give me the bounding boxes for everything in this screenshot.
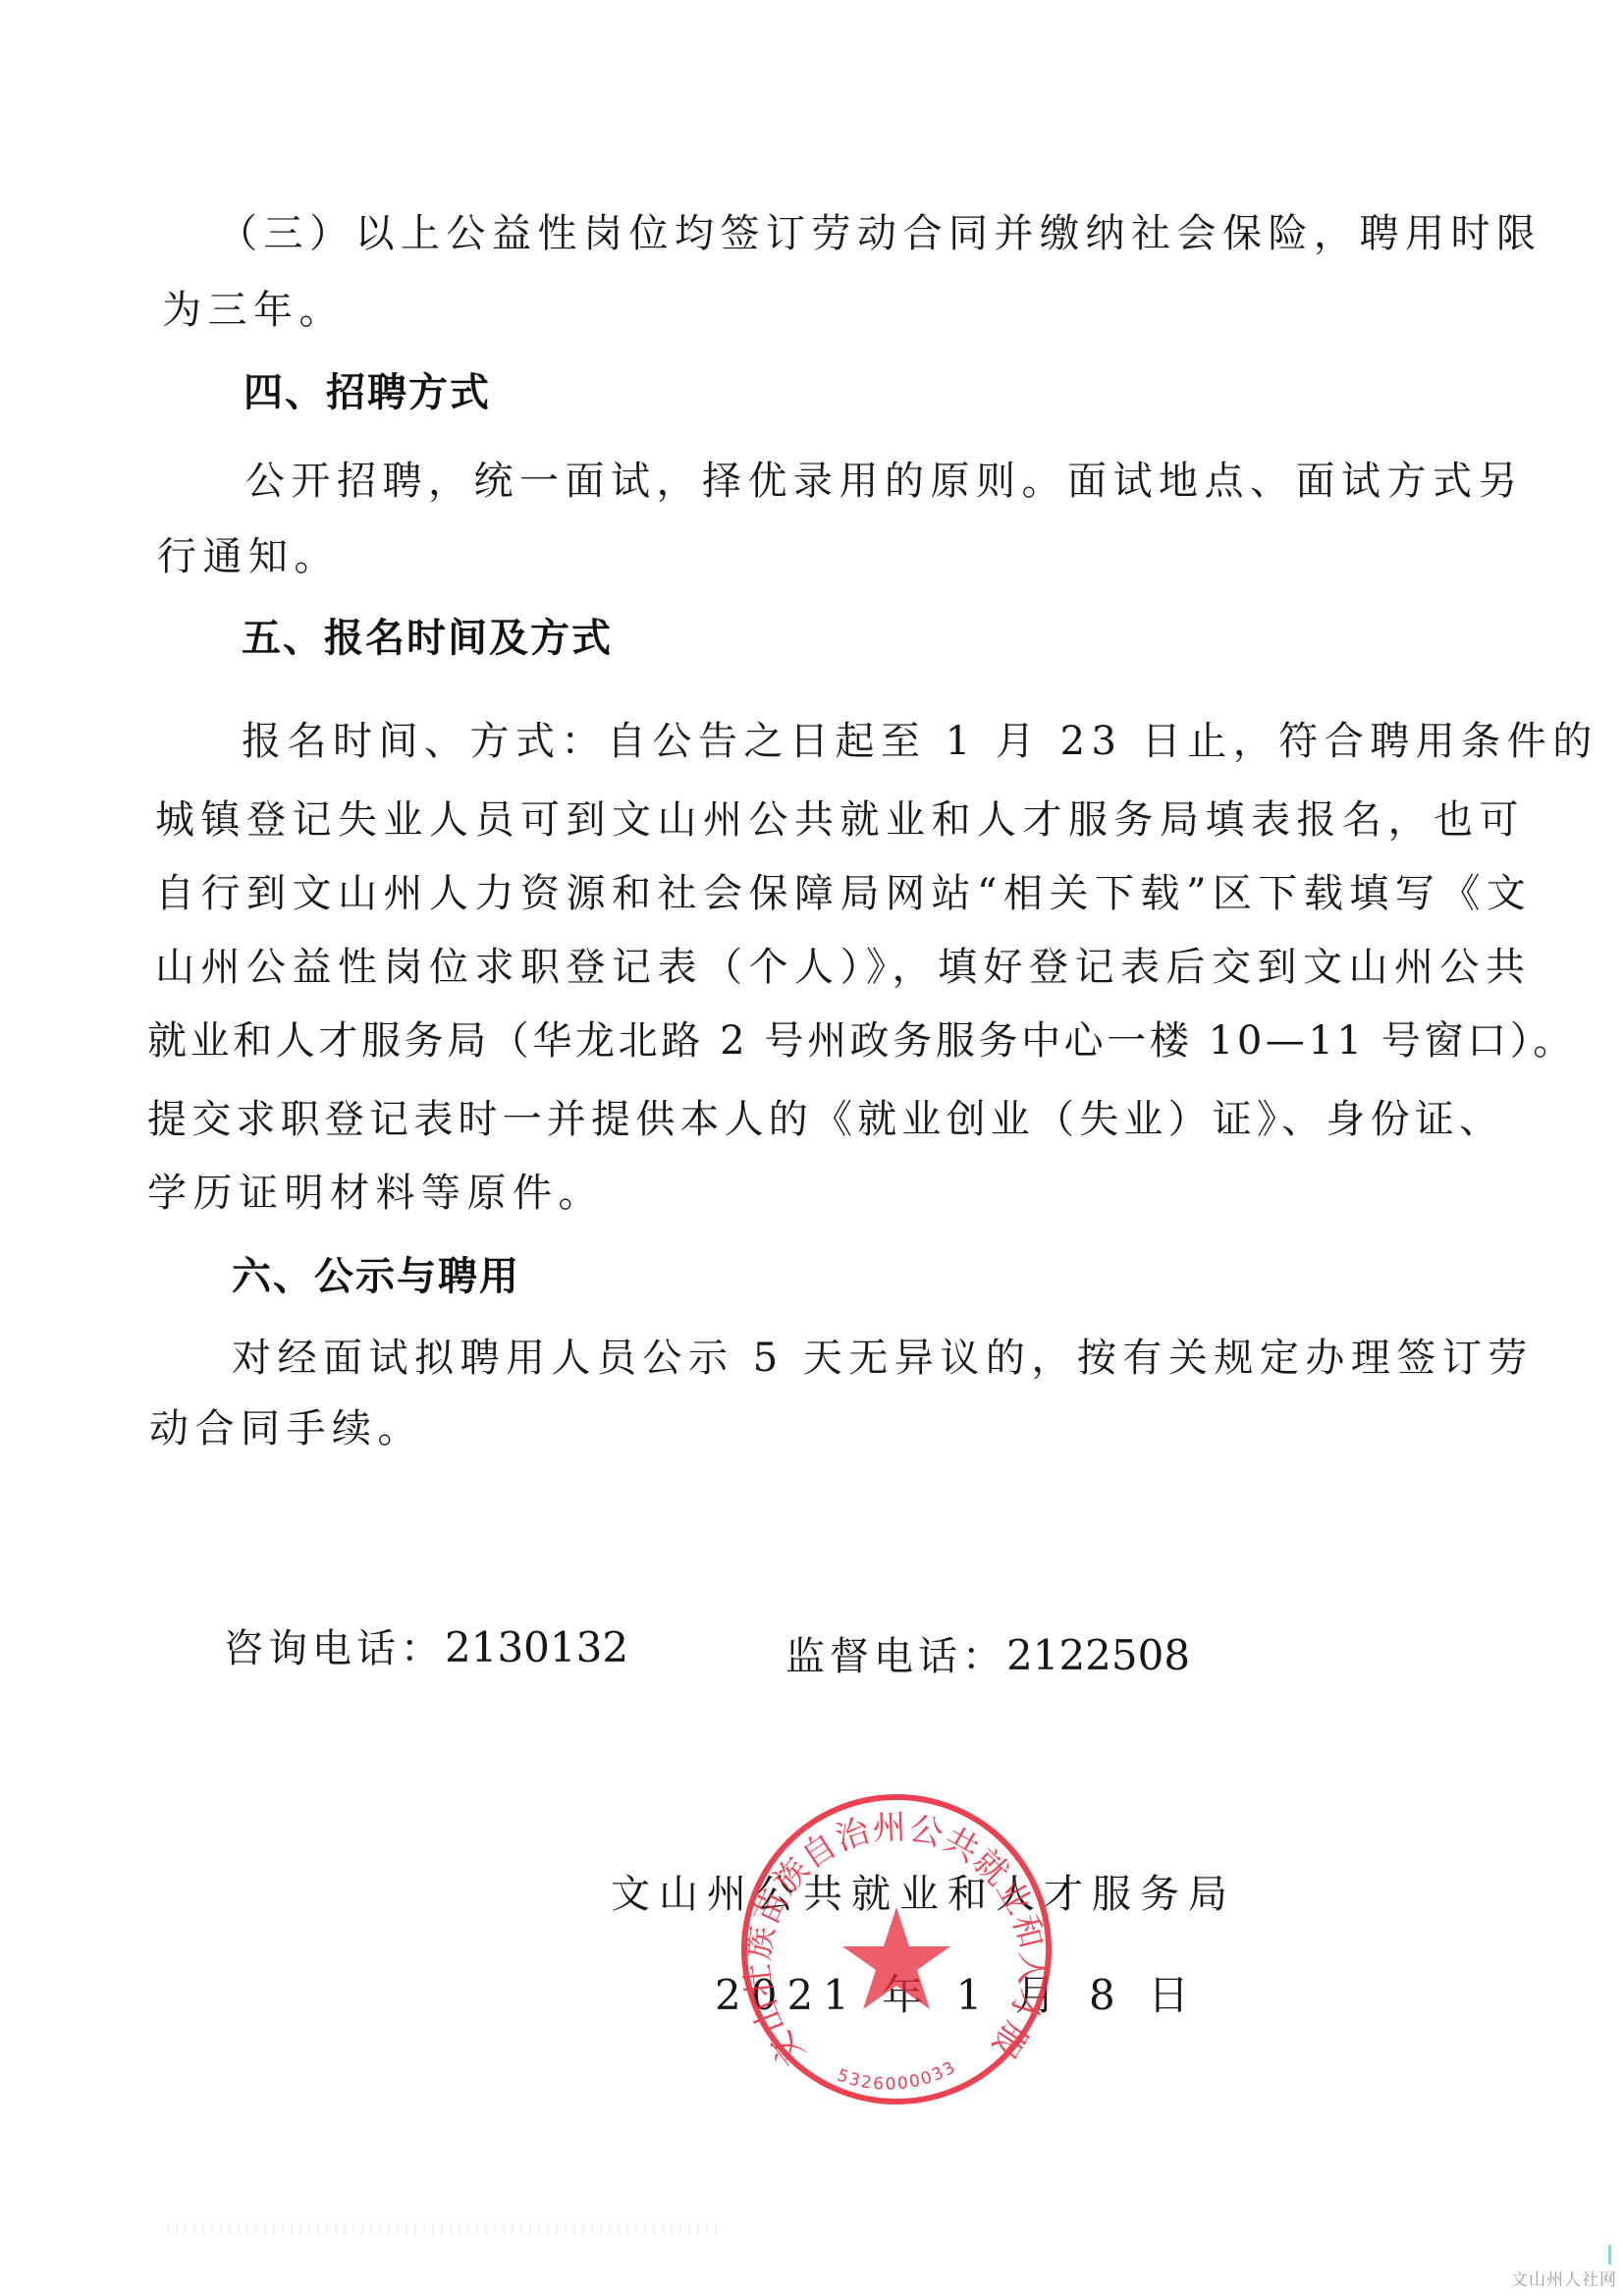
- paragraph-line: 自行到文山州人力资源和社会保障局网站“相关下载”区下载填写《文: [155, 870, 1532, 917]
- consult-phone-number: 2130132: [445, 1623, 628, 1671]
- paragraph-line: 报名时间、方式：自公告之日起至 1 月 23 日止，符合聘用条件的: [242, 718, 1598, 765]
- paragraph-line: 提交求职登记表时一并提供本人的《就业创业（失业）证》、身份证、: [147, 1096, 1503, 1143]
- official-seal-icon: 文山壮族苗族自治州公共就业和人才服务局 5326000033: [738, 1791, 1055, 2107]
- paragraph-line: 山州公益性岗位求职登记表（个人）》，填好登记表后交到文山州公共: [155, 944, 1532, 991]
- consult-phone: 咨询电话：2130132: [224, 1624, 628, 1672]
- paragraph-line: 公开招聘，统一面试，择优录用的原则。面试地点、面试方式另: [245, 458, 1524, 505]
- paragraph-line: 为三年。: [162, 287, 345, 334]
- supervise-phone-number: 2122508: [1006, 1631, 1190, 1679]
- paragraph-line: 行通知。: [157, 533, 340, 580]
- section-heading-publicity: 六、公示与聘用: [232, 1253, 520, 1300]
- watermark-bar: [1608, 2245, 1611, 2265]
- watermark-text: 文山州人社网: [1511, 2266, 1617, 2290]
- paragraph-line: 对经面试拟聘用人员公示 5 天无异议的，按有关规定办理签订劳: [232, 1335, 1534, 1382]
- supervise-phone-label: 监督电话：: [785, 1634, 1006, 1679]
- consult-phone-label: 咨询电话：: [224, 1626, 445, 1671]
- document-page: （三）以上公益性岗位均签订劳动合同并缴纳社会保险，聘用时限 为三年。 四、招聘方…: [0, 0, 1623, 2296]
- svg-text:5326000033: 5326000033: [835, 2057, 960, 2095]
- scan-noise: [167, 2224, 717, 2234]
- section-heading-registration: 五、报名时间及方式: [242, 615, 613, 662]
- paragraph-line: 城镇登记失业人员可到文山州公共就业和人才服务局填表报名，也可: [155, 796, 1525, 844]
- paragraph-line: 动合同手续。: [149, 1405, 423, 1452]
- paragraph-line: （三）以上公益性岗位均签订劳动合同并缴纳社会保险，聘用时限: [218, 210, 1542, 257]
- supervise-phone: 监督电话：2122508: [785, 1632, 1190, 1680]
- paragraph-line: 就业和人才服务局（华龙北路 2 号州政务服务中心一楼 10—11 号窗口）。: [147, 1017, 1576, 1065]
- section-heading-recruitment-method: 四、招聘方式: [243, 369, 491, 416]
- seal-code-text: 5326000033: [835, 2057, 960, 2095]
- paragraph-line: 学历证明材料等原件。: [147, 1170, 604, 1217]
